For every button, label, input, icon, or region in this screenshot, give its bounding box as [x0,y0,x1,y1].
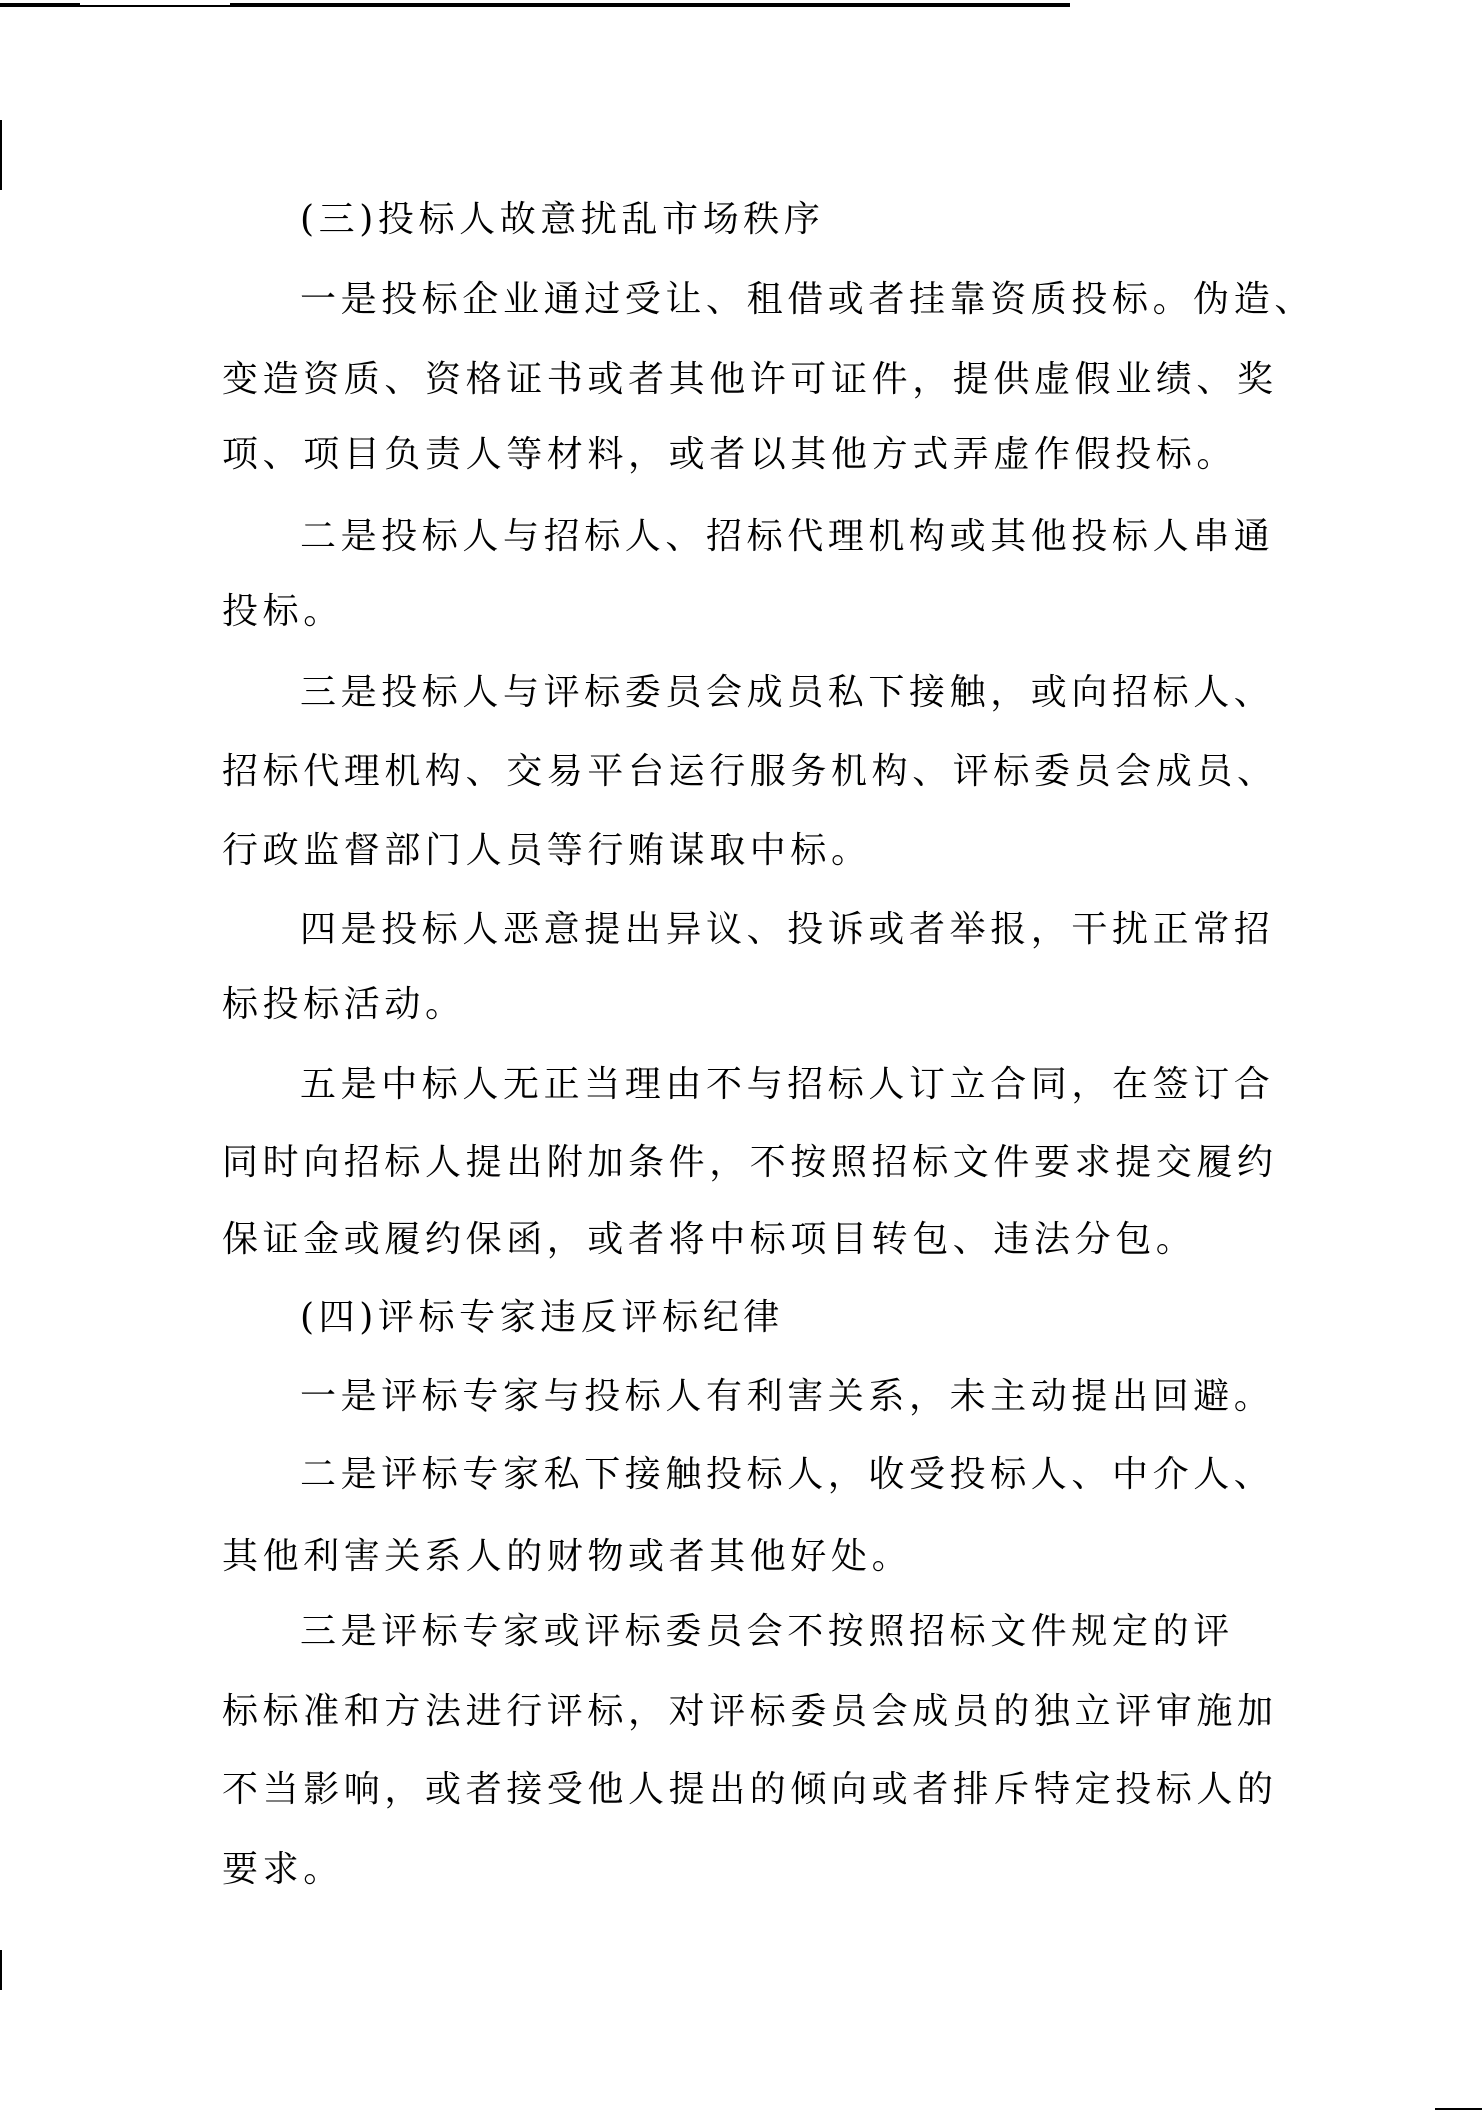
paragraph-line: 变造资质、资格证书或者其他许可证件，提供虚假业绩、奖 [222,350,1262,410]
paragraph-line: 行政监督部门人员等行贿谋取中标。 [222,821,1262,881]
paragraph-line: 二是评标专家私下接触投标人，收受投标人、中介人、 [300,1445,1340,1505]
paragraph-line: 标标准和方法进行评标，对评标委员会成员的独立评审施加 [222,1682,1262,1742]
paragraph-line: 标投标活动。 [222,975,1262,1035]
paragraph-line: 招标代理机构、交易平台运行服务机构、评标委员会成员、 [222,742,1262,802]
scan-artifact-left-edge [0,150,2,190]
paragraph-line: 项、项目负责人等材料，或者以其他方式弄虚作假投标。 [222,425,1262,485]
paragraph-line: 三是评标专家或评标委员会不按照招标文件规定的评 [300,1602,1340,1662]
paragraph-line: 不当影响，或者接受他人提出的倾向或者排斥特定投标人的 [222,1760,1262,1820]
paragraph-line: 三是投标人与评标委员会成员私下接触，或向招标人、 [300,663,1340,723]
paragraph-line: 二是投标人与招标人、招标代理机构或其他投标人串通 [300,507,1340,567]
section-heading-3: (三)投标人故意扰乱市场秩序 [300,190,1340,250]
paragraph-line: 保证金或履约保函，或者将中标项目转包、违法分包。 [222,1210,1262,1270]
paragraph-line: 四是投标人恶意提出异议、投诉或者举报，干扰正常招 [300,900,1340,960]
scan-artifact-left-edge [0,1950,2,1990]
paragraph-line: 一是投标企业通过受让、租借或者挂靠资质投标。伪造、 [300,270,1340,330]
scan-artifact-bottom-line [1435,2108,1482,2110]
section-heading-4: (四)评标专家违反评标纪律 [300,1288,1340,1348]
paragraph-line: 同时向招标人提出附加条件，不按照招标文件要求提交履约 [222,1133,1262,1193]
document-page: (三)投标人故意扰乱市场秩序 一是投标企业通过受让、租借或者挂靠资质投标。伪造、… [0,0,1482,2112]
paragraph-line: 其他利害关系人的财物或者其他好处。 [222,1527,1262,1587]
paragraph-line: 五是中标人无正当理由不与招标人订立合同，在签订合 [300,1055,1340,1115]
paragraph-line: 一是评标专家与投标人有利害关系，未主动提出回避。 [300,1367,1340,1427]
paragraph-line: 要求。 [222,1840,1262,1900]
scan-artifact-gap [80,3,230,5]
paragraph-line: 投标。 [222,582,1262,642]
